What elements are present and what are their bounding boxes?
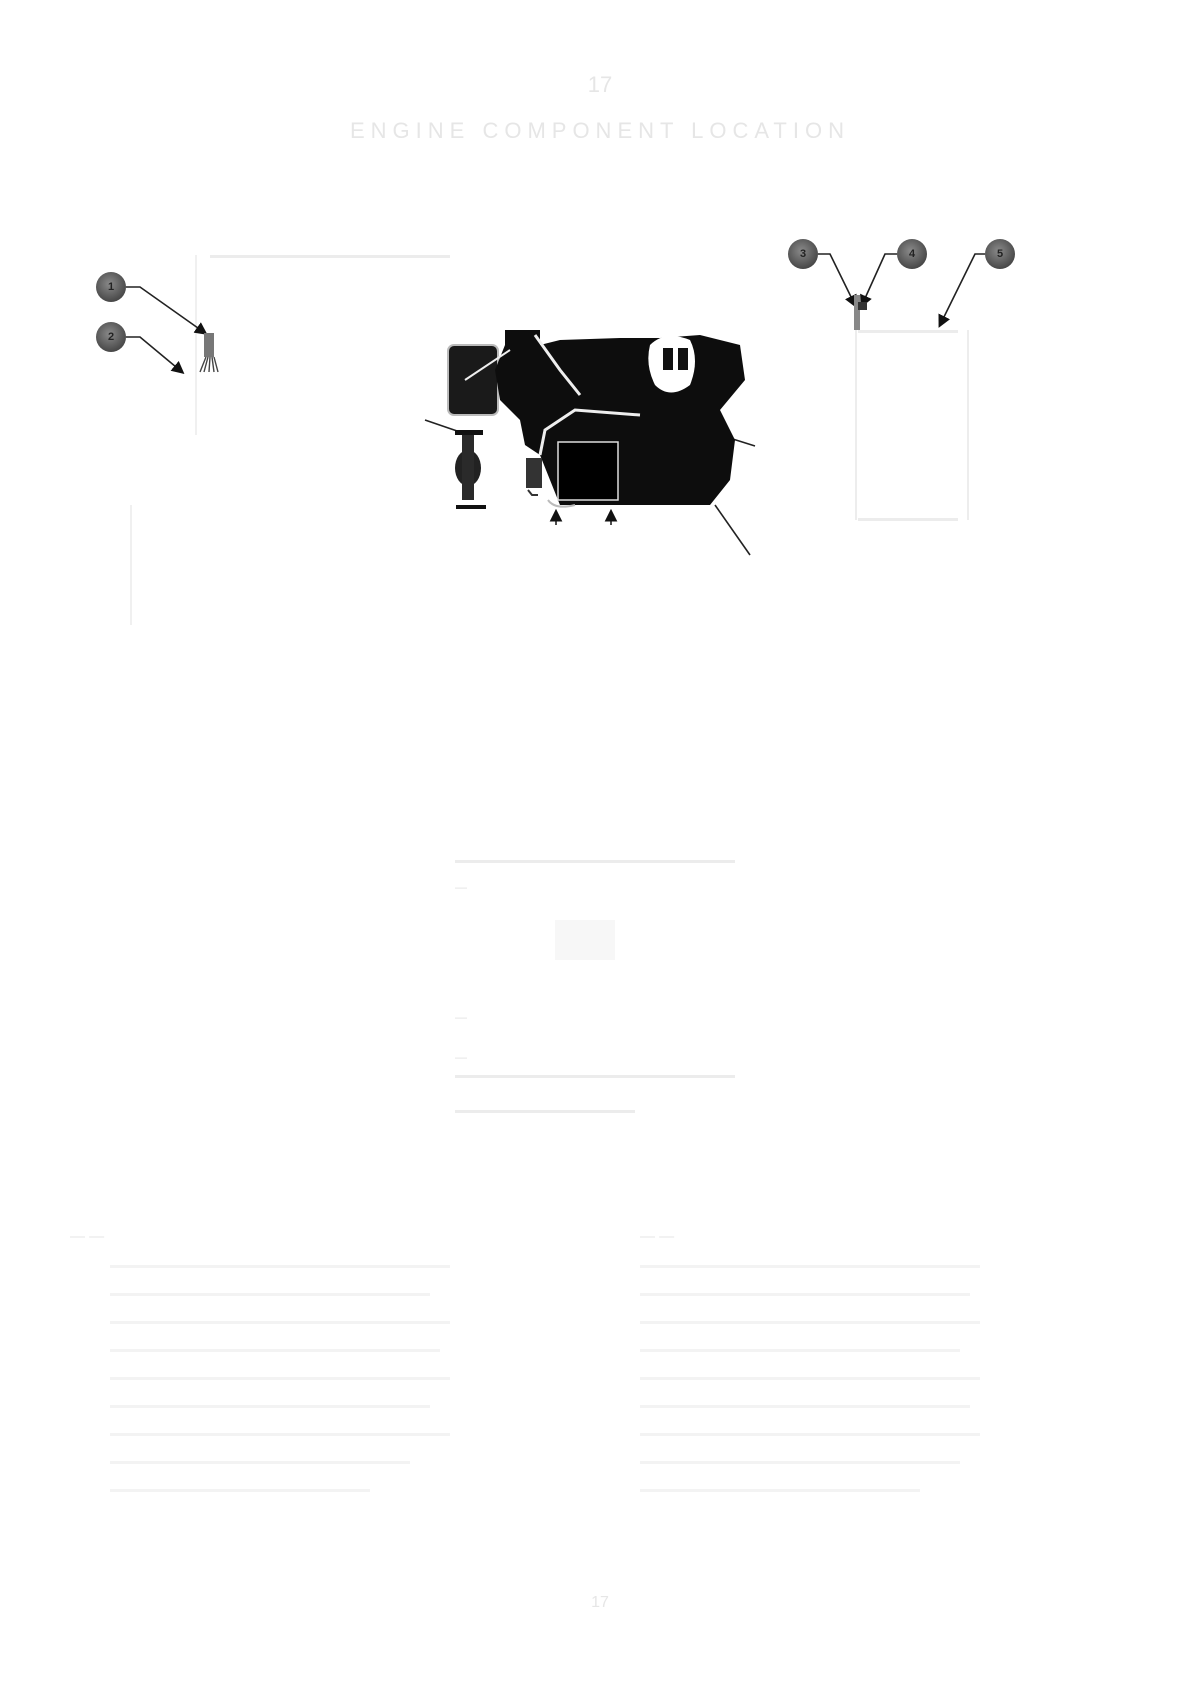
body-right-column — [640, 1265, 1000, 1517]
filter-icon — [455, 430, 486, 509]
body-right-heading: — — — [640, 1228, 674, 1245]
valve-icon — [854, 295, 867, 330]
table-row: — — [455, 1010, 467, 1024]
body-left-heading: — — — [70, 1228, 104, 1245]
engine-block — [448, 330, 745, 507]
page-number-bottom: 17 — [0, 1594, 1200, 1612]
table-row: — — [455, 880, 467, 894]
sensor-icon — [200, 333, 218, 372]
table-row: — — [455, 1050, 467, 1064]
body-left-column — [110, 1265, 470, 1517]
parts-table: — — — — [455, 860, 735, 1120]
